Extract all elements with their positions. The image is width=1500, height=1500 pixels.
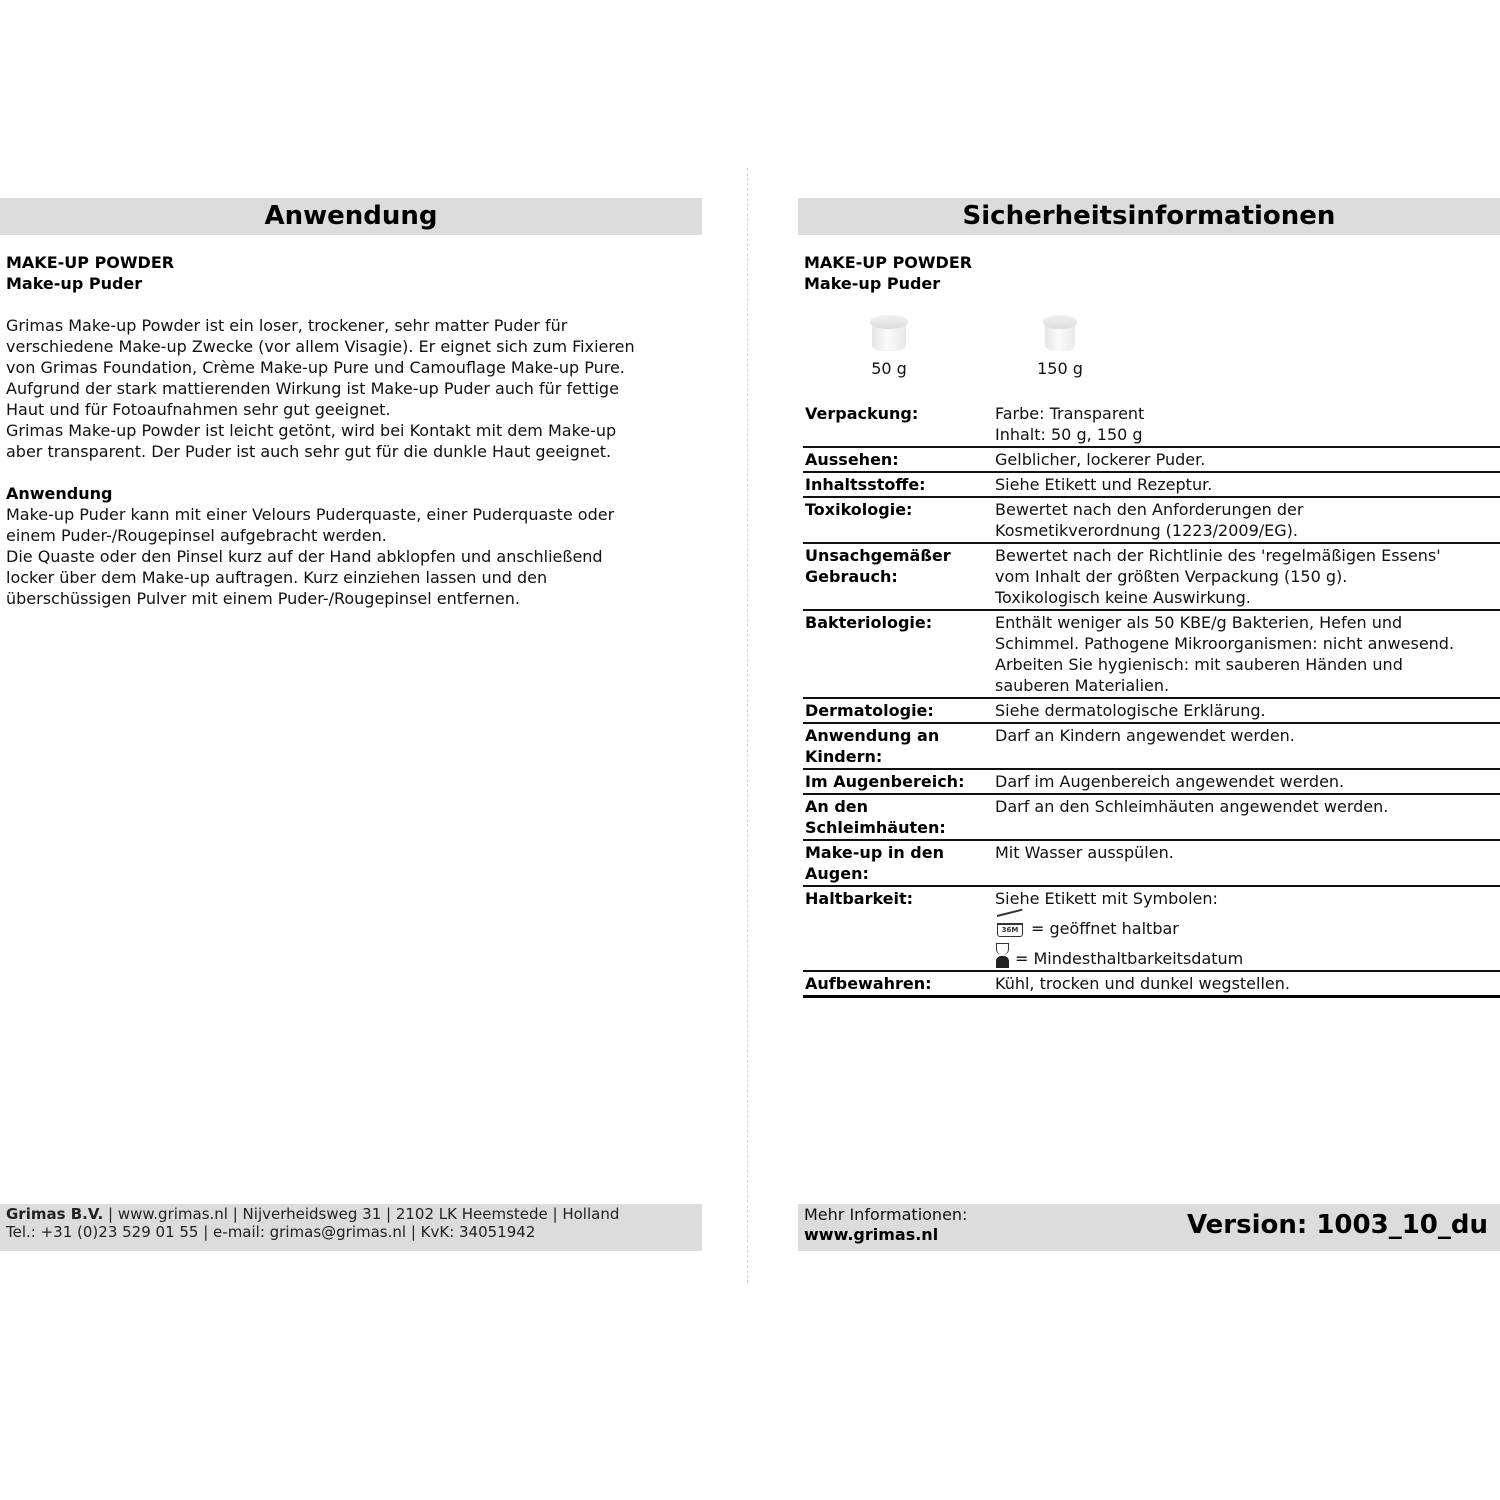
row-value: Gelblicher, lockerer Puder. (993, 447, 1500, 472)
best-before-text: = Mindesthaltbarkeitsdatum (1015, 948, 1243, 969)
row-label: Unsachgemäßer Gebrauch: (803, 543, 993, 610)
pao-text: = geöffnet haltbar (1031, 918, 1179, 939)
package-150g: 150 g (1015, 315, 1105, 379)
table-row: Verpackung:Farbe: TransparentInhalt: 50 … (803, 402, 1500, 447)
intro-line: Grimas Make-up Powder ist leicht getönt,… (6, 420, 696, 441)
intro-line: aber transparent. Der Puder ist auch seh… (6, 441, 696, 462)
more-info-label: Mehr Informationen: (804, 1205, 967, 1225)
row-value-line: sauberen Materialien. (995, 675, 1500, 696)
footer-contact-line: Tel.: +31 (0)23 529 01 55 | e-mail: grim… (6, 1223, 535, 1242)
row-label: Inhaltsstoffe: (803, 472, 993, 497)
row-value: Enthält weniger als 50 KBE/g Bakterien, … (993, 610, 1500, 698)
info-footer: Mehr Informationen: www.grimas.nl Versio… (798, 1204, 1500, 1251)
package-label: 150 g (1015, 359, 1105, 379)
intro-line: verschiedene Make-up Zwecke (vor allem V… (6, 336, 696, 357)
row-value-line: vom Inhalt der größten Verpackung (150 g… (995, 566, 1500, 587)
row-value: Siehe Etikett und Rezeptur. (993, 472, 1500, 497)
intro-line: Grimas Make-up Powder ist ein loser, tro… (6, 315, 696, 336)
table-row: Toxikologie:Bewertet nach den Anforderun… (803, 497, 1500, 543)
row-label: Toxikologie: (803, 497, 993, 543)
page-fold-divider (747, 168, 748, 1283)
row-value-line: Arbeiten Sie hygienisch: mit sauberen Hä… (995, 654, 1500, 675)
pao-line: 36M= geöffnet haltbar (995, 909, 1500, 939)
row-value: Farbe: TransparentInhalt: 50 g, 150 g (993, 402, 1500, 447)
usage-page: Anwendung MAKE-UP POWDER Make-up Puder G… (0, 0, 702, 1500)
table-row: Im Augenbereich:Darf im Augenbereich ang… (803, 769, 1500, 794)
package-label: 50 g (844, 359, 934, 379)
row-value-line: Inhalt: 50 g, 150 g (995, 424, 1500, 445)
powder-jar-icon (870, 315, 908, 351)
table-row-storage: Aufbewahren:Kühl, trocken und dunkel weg… (803, 971, 1500, 997)
shelf-life-intro: Siehe Etikett mit Symbolen: (995, 888, 1500, 909)
row-label: An den Schleimhäuten: (803, 794, 993, 840)
row-value-line: Schimmel. Pathogene Mikroorganismen: nic… (995, 633, 1500, 654)
product-name-en: MAKE-UP POWDER (6, 252, 174, 273)
intro-paragraph: Grimas Make-up Powder ist ein loser, tro… (6, 315, 696, 462)
footer-address-line: Grimas B.V. | www.grimas.nl | Nijverheid… (6, 1205, 619, 1224)
usage-line: Make-up Puder kann mit einer Velours Pud… (6, 504, 696, 525)
row-label: Make-up in den Augen: (803, 840, 993, 886)
usage-line: Die Quaste oder den Pinsel kurz auf der … (6, 546, 696, 567)
intro-line: Haut und für Fotoaufnahmen sehr gut geei… (6, 399, 696, 420)
row-value: Mit Wasser ausspülen. (993, 840, 1500, 886)
usage-section: Anwendung Make-up Puder kann mit einer V… (6, 483, 696, 609)
row-value: Kühl, trocken und dunkel wegstellen. (993, 971, 1500, 997)
row-value-line: Kosmetikverordnung (1223/2009/EG). (995, 520, 1500, 541)
table-row-shelf-life: Haltbarkeit:Siehe Etikett mit Symbolen:3… (803, 886, 1500, 971)
intro-line: von Grimas Foundation, Crème Make-up Pur… (6, 357, 696, 378)
row-label: Verpackung: (803, 402, 993, 447)
table-row: Aussehen:Gelblicher, lockerer Puder. (803, 447, 1500, 472)
row-value-line: Darf an den Schleimhäuten angewendet wer… (995, 796, 1500, 817)
safety-header: Sicherheitsinformationen (798, 198, 1500, 235)
usage-paragraph: Make-up Puder kann mit einer Velours Pud… (6, 504, 696, 609)
row-label: Aufbewahren: (803, 971, 993, 997)
company-footer: Grimas B.V. | www.grimas.nl | Nijverheid… (0, 1204, 702, 1251)
row-value-line: Siehe dermatologische Erklärung. (995, 700, 1500, 721)
version-label: Version: 1003_10_du (1187, 1209, 1488, 1241)
row-value: Darf an Kindern angewendet werden. (993, 723, 1500, 769)
safety-page: Sicherheitsinformationen MAKE-UP POWDER … (798, 0, 1500, 1500)
product-name-de: Make-up Puder (6, 273, 174, 294)
footer-address: | www.grimas.nl | Nijverheidsweg 31 | 21… (103, 1205, 619, 1223)
hourglass-icon (995, 943, 1011, 969)
table-row: Bakteriologie:Enthält weniger als 50 KBE… (803, 610, 1500, 698)
row-value: Siehe dermatologische Erklärung. (993, 698, 1500, 723)
row-label: Im Augenbereich: (803, 769, 993, 794)
product-title: MAKE-UP POWDER Make-up Puder (804, 252, 972, 294)
table-row: Unsachgemäßer Gebrauch:Bewertet nach der… (803, 543, 1500, 610)
row-value: Bewertet nach der Richtlinie des 'regelm… (993, 543, 1500, 610)
row-value: Darf an den Schleimhäuten angewendet wer… (993, 794, 1500, 840)
row-value-line: Gelblicher, lockerer Puder. (995, 449, 1500, 470)
usage-line: locker über dem Make-up auftragen. Kurz … (6, 567, 696, 588)
company-name: Grimas B.V. (6, 1205, 103, 1223)
table-row: Anwendung an Kindern:Darf an Kindern ang… (803, 723, 1500, 769)
row-label: Haltbarkeit: (803, 886, 993, 971)
more-info-url[interactable]: www.grimas.nl (804, 1225, 938, 1245)
row-label: Dermatologie: (803, 698, 993, 723)
row-value: Bewertet nach den Anforderungen derKosme… (993, 497, 1500, 543)
product-title: MAKE-UP POWDER Make-up Puder (6, 252, 174, 294)
best-before-line: = Mindesthaltbarkeitsdatum (995, 939, 1500, 969)
row-value-line: Bewertet nach den Anforderungen der (995, 499, 1500, 520)
row-value-line: Farbe: Transparent (995, 403, 1500, 424)
table-row: Inhaltsstoffe:Siehe Etikett und Rezeptur… (803, 472, 1500, 497)
package-50g: 50 g (844, 315, 934, 379)
row-value-line: Toxikologisch keine Auswirkung. (995, 587, 1500, 608)
usage-header: Anwendung (0, 198, 702, 235)
row-label: Bakteriologie: (803, 610, 993, 698)
row-value-line: Siehe Etikett und Rezeptur. (995, 474, 1500, 495)
table-row: Dermatologie:Siehe dermatologische Erklä… (803, 698, 1500, 723)
usage-line: einem Puder-/Rougepinsel aufgebracht wer… (6, 525, 696, 546)
table-row: Make-up in den Augen:Mit Wasser ausspüle… (803, 840, 1500, 886)
product-name-de: Make-up Puder (804, 273, 972, 294)
row-value-line: Mit Wasser ausspülen. (995, 842, 1500, 863)
table-row: An den Schleimhäuten:Darf an den Schleim… (803, 794, 1500, 840)
row-value-line: Bewertet nach der Richtlinie des 'regelm… (995, 545, 1500, 566)
row-label: Anwendung an Kindern: (803, 723, 993, 769)
row-value-line: Darf an Kindern angewendet werden. (995, 725, 1500, 746)
intro-line: Aufgrund der stark mattierenden Wirkung … (6, 378, 696, 399)
powder-jar-icon (1043, 315, 1077, 351)
row-label: Aussehen: (803, 447, 993, 472)
package-sizes: 50 g 150 g (798, 315, 1500, 385)
row-value: Siehe Etikett mit Symbolen:36M= geöffnet… (993, 886, 1500, 971)
usage-line: überschüssigen Pulver mit einem Puder-/R… (6, 588, 696, 609)
usage-subheading: Anwendung (6, 483, 696, 504)
safety-info-table: Verpackung:Farbe: TransparentInhalt: 50 … (803, 402, 1500, 998)
row-value-line: Enthält weniger als 50 KBE/g Bakterien, … (995, 612, 1500, 633)
row-value-line: Darf im Augenbereich angewendet werden. (995, 771, 1500, 792)
row-value: Darf im Augenbereich angewendet werden. (993, 769, 1500, 794)
open-jar-pao-icon: 36M (995, 915, 1027, 939)
product-name-en: MAKE-UP POWDER (804, 252, 972, 273)
